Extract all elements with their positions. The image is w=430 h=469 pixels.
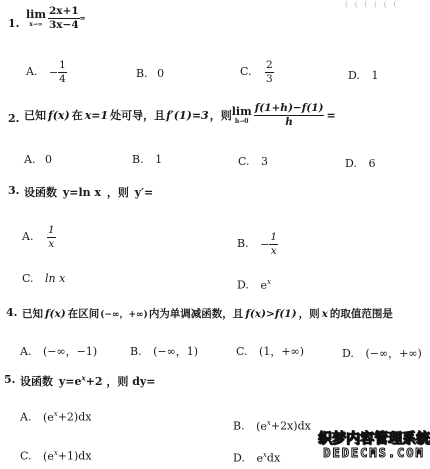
fraction: 2 3: [265, 60, 274, 84]
option-b[interactable]: B. 0: [136, 67, 164, 80]
math-expression: y=e: [59, 375, 82, 388]
question-stem: 已知f(x)在区间(−∞，+∞)内为单调减函数，且f(x)>f(1)，则x的取值…: [22, 306, 393, 321]
question-number: 4.: [6, 306, 17, 319]
math-expression: dx: [267, 452, 280, 465]
math-derivative: f′(1)=3: [166, 109, 209, 122]
limit-operator: lim x→∞: [26, 9, 46, 28]
option-label: B.: [132, 153, 144, 166]
math-expression: y=ln x: [63, 186, 101, 199]
stem-text: 处可导，且: [110, 107, 165, 123]
option-a[interactable]: A. (ex+2)dx: [20, 410, 91, 424]
option-label: C.: [20, 450, 32, 463]
minus-sign: −: [260, 238, 269, 251]
question-stem: 已知 f(x) 在 x=1 处可导，且 f′(1)=3 ，则 lim h→0 f…: [24, 103, 336, 127]
option-value: 1: [371, 69, 378, 82]
option-b[interactable]: B. − 1 x: [237, 232, 278, 256]
question-number: 5.: [4, 373, 15, 386]
stem-text: ，则: [299, 308, 320, 320]
stem-text: ，则: [107, 186, 129, 199]
fraction: f(1+h)−f(1) h: [254, 103, 325, 127]
watermark-chinese: 织梦内容管理系统: [318, 432, 430, 447]
option-label: D.: [237, 279, 249, 292]
option-label: A.: [20, 345, 31, 358]
lim-word: lim: [26, 9, 46, 20]
option-value: 6: [368, 157, 375, 170]
math-variable: x: [322, 308, 328, 320]
equals-sign: =: [326, 109, 335, 122]
option-b[interactable]: B. 1: [132, 153, 162, 166]
dedecms-watermark: 织梦内容管理系统 DEDECMS.COM: [318, 432, 430, 459]
option-value: 0: [45, 153, 52, 166]
option-a[interactable]: A. (−∞，−1): [20, 343, 97, 359]
stem-text: 内为单调减函数，且: [149, 308, 244, 320]
numerator: 2: [265, 60, 274, 73]
fraction: 2x+1 3x−4: [48, 6, 80, 30]
option-label: C.: [238, 155, 250, 168]
option-value: 0: [157, 67, 164, 80]
question-number: 3.: [8, 184, 19, 197]
stem-text: 已知: [22, 308, 43, 320]
option-d[interactable]: D. 1: [348, 69, 378, 82]
lim-word: lim: [232, 106, 252, 117]
stem-text: ，则: [106, 375, 128, 388]
option-value: (1，+∞): [259, 345, 304, 358]
stem-text: 设函数: [24, 186, 57, 199]
math-inequality: f(x)>f(1): [245, 308, 296, 320]
option-label: D.: [345, 157, 357, 170]
option-value: (−∞，1): [153, 345, 198, 358]
option-label: B.: [130, 345, 142, 358]
option-label: B.: [233, 420, 245, 433]
denominator: 3x−4: [48, 19, 80, 31]
option-c[interactable]: C. ln x: [22, 272, 65, 285]
math-expression: +1)dx: [58, 450, 92, 463]
question-stem: 设函数 y=ln x ，则 y′=: [24, 184, 153, 200]
option-label: B.: [237, 237, 249, 250]
stem-text: 设函数: [20, 375, 53, 388]
option-value: (−∞，+∞): [365, 347, 421, 360]
option-d[interactable]: D. (−∞，+∞): [342, 345, 422, 361]
option-c[interactable]: C. (1，+∞): [236, 343, 304, 359]
numerator: 1: [269, 232, 278, 245]
stem-text: 在区间: [68, 308, 100, 320]
numerator: 1: [58, 60, 67, 73]
lim-subscript: h→0: [235, 119, 249, 125]
math-exponent: x: [267, 278, 271, 286]
lim-subscript: x→∞: [29, 22, 43, 28]
option-value: 1: [155, 153, 162, 166]
option-value: (−∞，−1): [43, 345, 97, 358]
math-interval: (−∞，+∞): [100, 310, 148, 320]
option-label: D.: [233, 452, 245, 465]
watermark-url: DEDECMS.COM: [318, 447, 430, 460]
math-expression: +2)dx: [58, 411, 92, 424]
math-fx: f(x): [45, 308, 66, 320]
option-label: D.: [348, 69, 360, 82]
denominator: h: [284, 116, 294, 128]
question-stem: lim x→∞ 2x+1 3x−4 =: [26, 6, 86, 30]
equals-sign: =: [80, 14, 86, 23]
math-result: dy=: [132, 375, 155, 388]
denominator: 3: [265, 73, 274, 85]
option-a[interactable]: A. 1 x: [22, 225, 56, 249]
stem-text: ，则: [210, 107, 232, 123]
numerator: f(1+h)−f(1): [254, 103, 325, 116]
fraction: 1 x: [269, 232, 278, 256]
math-expression: +2: [86, 375, 103, 388]
option-label: A.: [24, 153, 35, 166]
option-c[interactable]: C. 2 3: [240, 60, 274, 84]
option-label: D.: [342, 347, 354, 360]
option-d[interactable]: D. ex: [237, 278, 271, 292]
option-label: B.: [136, 67, 148, 80]
option-label: A.: [22, 230, 33, 243]
fraction: 1 x: [47, 225, 56, 249]
option-b[interactable]: B. (ex+2x)dx: [233, 419, 311, 433]
denominator: 4: [58, 73, 67, 85]
minus-sign: −: [49, 66, 58, 79]
option-label: C.: [240, 65, 252, 78]
option-value: ln x: [45, 272, 65, 285]
question-number: 1.: [8, 17, 19, 30]
math-expression: (e: [43, 450, 54, 463]
math-condition: x=1: [85, 109, 108, 122]
stem-text: 已知: [24, 107, 46, 123]
option-a[interactable]: A. − 1 4: [26, 60, 67, 84]
limit-operator: lim h→0: [232, 106, 252, 125]
option-label: A.: [20, 411, 31, 424]
question-stem: 设函数 y=ex+2 ，则 dy=: [20, 373, 156, 389]
math-fx: f(x): [48, 109, 70, 122]
option-value: 3: [261, 155, 268, 168]
numerator: 2x+1: [48, 6, 80, 19]
math-expression: +2x)dx: [271, 420, 311, 433]
option-a[interactable]: A. 0: [24, 153, 52, 166]
option-d[interactable]: D. 6: [345, 157, 375, 170]
option-label: A.: [26, 65, 37, 78]
stem-text: 的取值范围是: [330, 308, 393, 320]
option-b[interactable]: B. (−∞，1): [130, 343, 198, 359]
denominator: x: [47, 238, 55, 250]
numerator: 1: [47, 225, 56, 238]
option-c[interactable]: C. (ex+1)dx: [20, 449, 92, 463]
math-expression: (e: [256, 420, 267, 433]
math-result: y′=: [135, 186, 154, 199]
option-label: C.: [22, 272, 34, 285]
denominator: x: [270, 245, 278, 257]
option-c[interactable]: C. 3: [238, 155, 268, 168]
stem-text: 在: [72, 107, 83, 123]
option-label: C.: [236, 345, 248, 358]
question-number: 2.: [8, 112, 19, 125]
corner-faint-text: ( ( ( ( ( (: [345, 0, 398, 9]
fraction: 1 4: [58, 60, 67, 84]
option-d[interactable]: D. exdx: [233, 451, 280, 465]
math-expression: (e: [43, 411, 54, 424]
